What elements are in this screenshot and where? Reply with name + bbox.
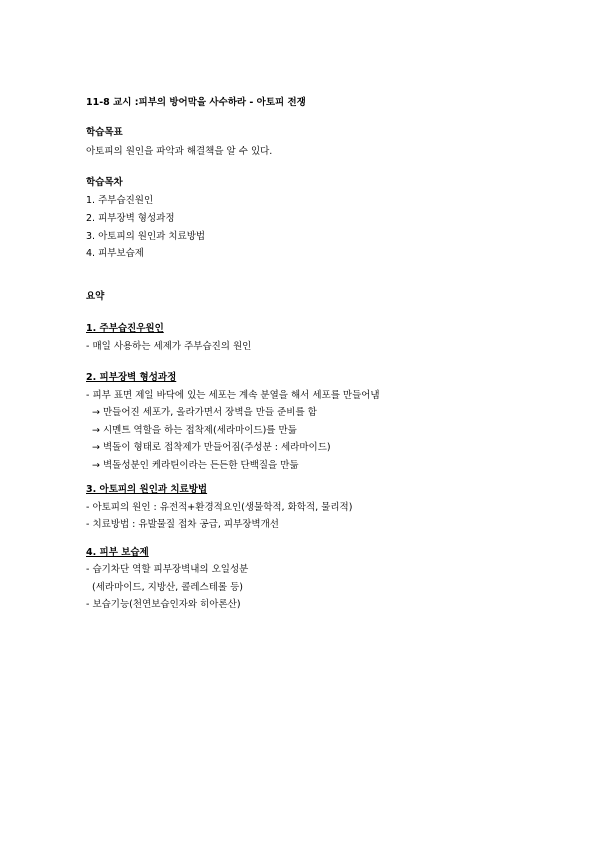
section-line: - 피부 표면 제일 바닥에 있는 세포는 계속 분열을 해서 세포를 만들어냄 — [86, 390, 380, 402]
section-heading: 3. 아토피의 원인과 치료방법 — [86, 484, 207, 496]
summary-heading: 요약 — [86, 291, 104, 303]
section-line: - 아토피의 원인 : 유전적+환경적요인(생물학적, 화학적, 물리적) — [86, 502, 352, 514]
page-title: 11-8 교시 :피부의 방어막을 사수하라 - 아토피 전쟁 — [86, 97, 306, 109]
section-line: → 벽돌성분인 케라틴이라는 든든한 단백질을 만듦 — [92, 460, 299, 472]
section-line: - 습기차단 역할 피부장벽내의 오일성분 — [86, 564, 248, 576]
goal-heading: 학습목표 — [86, 127, 123, 139]
section-line: - 치료방법 : 유발물질 접차 공급, 피부장벽개선 — [86, 519, 279, 531]
section-heading: 2. 피부장벽 형성과정 — [86, 372, 176, 384]
toc-item: 4. 피부보습제 — [86, 248, 144, 260]
section-line: - 매일 사용하는 세제가 주부습진의 원인 — [86, 341, 251, 353]
toc-item: 3. 아토피의 원인과 치료방법 — [86, 231, 205, 243]
section-heading: 4. 피부 보습제 — [86, 547, 149, 559]
section-line: (세라마이드, 지방산, 콜레스테롤 등) — [92, 582, 243, 594]
toc-item: 2. 피부장벽 형성과정 — [86, 213, 175, 225]
goal-text: 아토피의 원인을 파악과 해결책을 알 수 있다. — [86, 146, 272, 158]
section-line: → 시멘트 역할을 하는 접착제(세라마이드)를 만듦 — [92, 425, 297, 437]
section-heading: 1. 주부습진우원인 — [86, 323, 164, 335]
section-line: - 보습기능(천연보습인자와 히아론산) — [86, 599, 241, 611]
section-line: → 벽돌이 형태로 접착제가 만들어짐(주성분 : 세라마이드) — [92, 442, 331, 454]
section-line: → 만들어진 세포가, 올라가면서 장벽을 만들 준비를 함 — [92, 407, 317, 419]
toc-item: 1. 주부습진원인 — [86, 195, 153, 207]
toc-heading: 학습목차 — [86, 177, 123, 189]
